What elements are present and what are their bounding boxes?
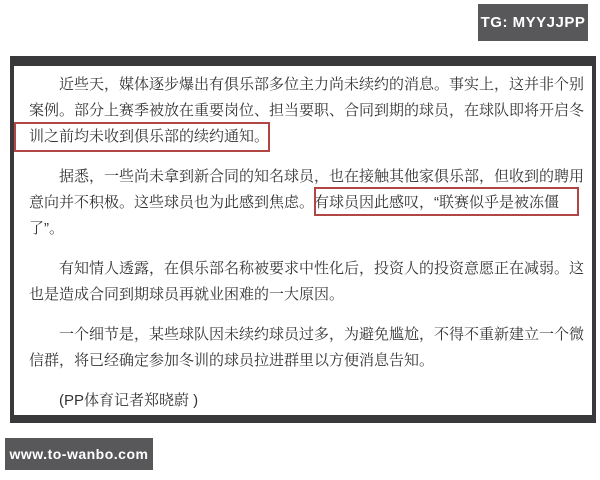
text-line: 近些天，媒体逐步爆出有俱乐部多位主力尚未续约的消息。事实上，这并非个别 bbox=[29, 72, 580, 98]
paragraph: 一个细节是，某些球队因未续约球员过多，为避免尴尬，不得不重新建立一个微 信群，将… bbox=[29, 322, 580, 374]
paragraph: 据悉，一些尚未拿到新合同的知名球员，也在接触其他家俱乐部，但收到的聘用 意向并不… bbox=[29, 164, 580, 242]
byline: (PP体育记者郑晓蔚 ) bbox=[29, 388, 580, 414]
text-line: 一个细节是，某些球队因未续约球员过多，为避免尴尬，不得不重新建立一个微 bbox=[29, 322, 580, 348]
article-body: 近些天，媒体逐步爆出有俱乐部多位主力尚未续约的消息。事实上，这并非个别 案例。部… bbox=[14, 66, 592, 415]
website-badge: www.to-wanbo.com bbox=[5, 438, 153, 470]
article-screenshot: { "badges": { "telegram": { "label": "TG… bbox=[0, 0, 600, 480]
paragraph: 近些天，媒体逐步爆出有俱乐部多位主力尚未续约的消息。事实上，这并非个别 案例。部… bbox=[29, 72, 580, 150]
text-line: 意向并不积极。这些球员也为此感到焦虑。有球员因此感叹，“联赛似乎是被冻僵 bbox=[29, 190, 580, 216]
text-line: 训之前均未收到俱乐部的续约通知。 bbox=[29, 124, 580, 150]
telegram-badge: TG: MYYJJPP bbox=[478, 4, 588, 41]
text-line: 有知情人透露，在俱乐部名称被要求中性化后，投资人的投资意愿正在减弱。这 bbox=[29, 256, 580, 282]
text-line: (PP体育记者郑晓蔚 ) bbox=[29, 388, 580, 414]
text-line: 了”。 bbox=[29, 216, 580, 242]
article-frame: 近些天，媒体逐步爆出有俱乐部多位主力尚未续约的消息。事实上，这并非个别 案例。部… bbox=[10, 56, 596, 423]
text-line: 据悉，一些尚未拿到新合同的知名球员，也在接触其他家俱乐部，但收到的聘用 bbox=[29, 164, 580, 190]
text-line: 也是造成合同到期球员再就业困难的一大原因。 bbox=[29, 282, 580, 308]
paragraph: 有知情人透露，在俱乐部名称被要求中性化后，投资人的投资意愿正在减弱。这 也是造成… bbox=[29, 256, 580, 308]
text-line: 案例。部分上赛季被放在重要岗位、担当要职、合同到期的球员，在球队即将开启冬 bbox=[29, 98, 580, 124]
text-line: 信群，将已经确定参加冬训的球员拉进群里以方便消息告知。 bbox=[29, 348, 580, 374]
